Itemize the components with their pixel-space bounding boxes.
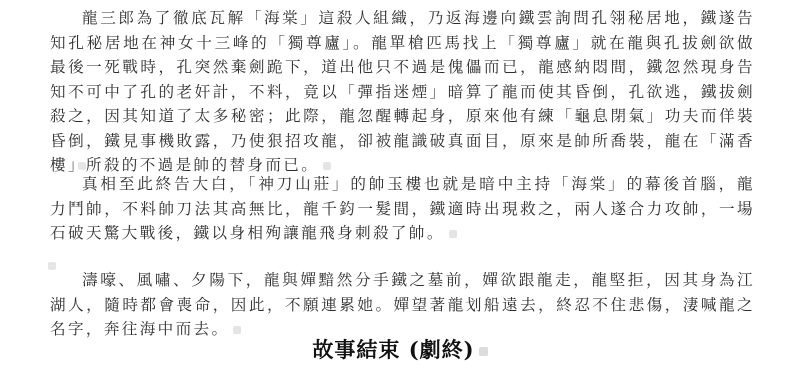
empty-paragraph-mark-icon — [78, 162, 86, 170]
story-paragraph-1: 龍三郎為了徹底瓦解「海棠」這殺人組織，乃返海邊向鐵雲詢問孔翎秘居地，鐵遂告知孔秘… — [50, 6, 755, 178]
paragraph-mark-icon — [449, 230, 457, 238]
paragraph-text: 真相至此終告大白，「神刀山莊」的帥玉樓也就是暗中主持「海棠」的幕後首腦，龍力鬥帥… — [50, 175, 755, 242]
story-paragraph-2: 真相至此終告大白，「神刀山莊」的帥玉樓也就是暗中主持「海棠」的幕後首腦，龍力鬥帥… — [50, 172, 755, 246]
paragraph-text: 濤嚎、風嘯、夕陽下，龍與嬋黯然分手鐵之墓前，嬋欲跟龍走，龍堅拒，因其身為江湖人，… — [50, 271, 755, 338]
paragraph-mark-icon — [323, 162, 331, 170]
ending-title-text: 故事結束 (劇終) — [312, 337, 474, 362]
paragraph-mark-icon — [233, 326, 241, 334]
paragraph-text: 龍三郎為了徹底瓦解「海棠」這殺人組織，乃返海邊向鐵雲詢問孔翎秘居地，鐵遂告知孔秘… — [50, 9, 755, 174]
paragraph-mark-icon — [479, 347, 488, 356]
story-paragraph-3: 濤嚎、風嘯、夕陽下，龍與嬋黯然分手鐵之墓前，嬋欲跟龍走，龍堅拒，因其身為江湖人，… — [50, 268, 755, 342]
ending-title: 故事結束 (劇終) — [0, 334, 800, 364]
document-page: 龍三郎為了徹底瓦解「海棠」這殺人組織，乃返海邊向鐵雲詢問孔翎秘居地，鐵遂告知孔秘… — [0, 0, 800, 381]
